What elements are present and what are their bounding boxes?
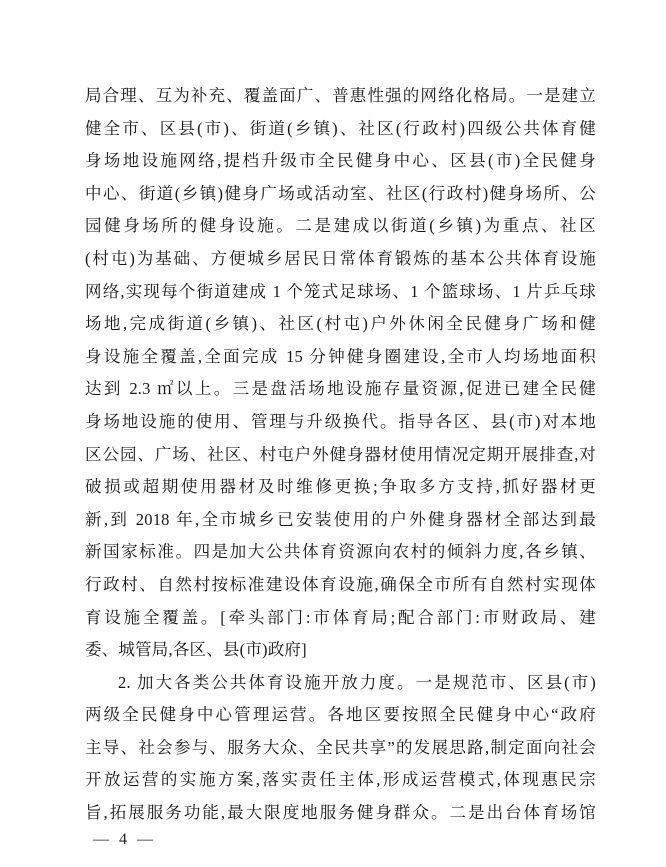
text-line: 中心、街道(乡镇)健身广场或活动室、社区(行政村)健身场所、公 [85, 178, 596, 211]
text-line: 身场地设施网络,提档升级市全民健身中心、区县(市)全民健身 [85, 145, 596, 178]
text-line: 身设施全覆盖,全面完成 15 分钟健身圈建设,全市人均场地面积 [85, 341, 596, 374]
text-line: 行政村、自然村按标准建设体育设施,确保全市所有自然村实现体 [85, 569, 596, 602]
text-line: 育设施全覆盖。[牵头部门:市体育局;配合部门:市财政局、建 [85, 602, 596, 635]
text-line: 2. 加大各类公共体育设施开放力度。一是规范市、区县(市) [85, 667, 596, 700]
text-line: 达到 2.3 ㎡以上。三是盘活场地设施存量资源,促进已建全民健 [85, 373, 596, 406]
text-line: 新,到 2018 年,全市城乡已安装使用的户外健身器材全部达到最 [85, 504, 596, 537]
text-line: 身场地设施的使用、管理与升级换代。指导各区、县(市)对本地 [85, 406, 596, 439]
page-number: — 4 — [93, 831, 156, 849]
text-line: 破损或超期使用器材及时维修更换;争取多方支持,抓好器材更 [85, 471, 596, 504]
text-line: 委、城管局,各区、县(市)政府] [85, 634, 596, 667]
text-line: 网络,实现每个街道建成 1 个笼式足球场、1 个篮球场、1 片乒乓球 [85, 276, 596, 309]
text-line: 旨,拓展服务功能,最大限度地服务健身群众。二是出台体育场馆 [85, 797, 596, 830]
text-line: (村屯)为基础、方便城乡居民日常体育锻炼的基本公共体育设施 [85, 243, 596, 276]
text-line: 局合理、互为补充、覆盖面广、普惠性强的网络化格局。一是建立 [85, 80, 596, 113]
text-line: 新国家标准。四是加大公共体育资源向农村的倾斜力度,各乡镇、 [85, 536, 596, 569]
text-line: 开放运营的实施方案,落实责任主体,形成运营模式,体现惠民宗 [85, 764, 596, 797]
body-text: 局合理、互为补充、覆盖面广、普惠性强的网络化格局。一是建立 健全市、区县(市)、… [85, 80, 596, 830]
document-page: 局合理、互为补充、覆盖面广、普惠性强的网络化格局。一是建立 健全市、区县(市)、… [0, 0, 666, 867]
text-line: 两级全民健身中心管理运营。各地区要按照全民健身中心“政府 [85, 699, 596, 732]
text-line: 场地,完成街道(乡镇)、社区(村屯)户外休闲全民健身广场和健 [85, 308, 596, 341]
text-line: 区公园、广场、社区、村屯户外健身器材使用情况定期开展排查,对 [85, 439, 596, 472]
text-line: 健全市、区县(市)、街道(乡镇)、社区(行政村)四级公共体育健 [85, 113, 596, 146]
text-line: 园健身场所的健身设施。二是建成以街道(乡镇)为重点、社区 [85, 210, 596, 243]
text-line: 主导、社会参与、服务大众、全民共享”的发展思路,制定面向社会 [85, 732, 596, 765]
